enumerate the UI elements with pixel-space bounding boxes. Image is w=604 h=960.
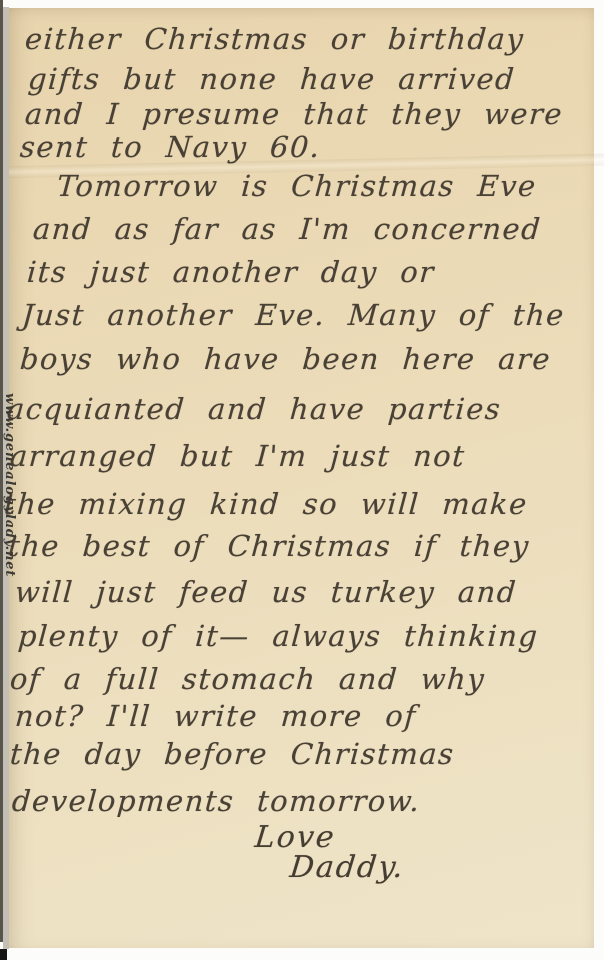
letter-line: boys who have been here are bbox=[19, 345, 552, 374]
letter-line: arranged but I'm just not bbox=[9, 442, 466, 471]
letter-line: will just feed us turkey and bbox=[14, 578, 518, 607]
letter-line: the day before Christmas bbox=[9, 740, 456, 769]
letter-line: of a full stomach and why bbox=[9, 665, 486, 694]
letter-line: plenty of it— always thinking bbox=[17, 622, 540, 651]
letter-signature: Daddy. bbox=[288, 850, 407, 885]
letter-line: gifts but none have arrived bbox=[27, 65, 516, 94]
letter-line: and as far as I'm concerned bbox=[32, 215, 542, 244]
letter-line: acquianted and have parties bbox=[6, 395, 502, 424]
letter-line: sent to Navy 60. bbox=[19, 133, 322, 162]
letter-line: not? I'll write more of bbox=[14, 702, 418, 731]
scanned-letter-page: either Christmas or birthday gifts but n… bbox=[0, 0, 604, 960]
scan-corner-artifact bbox=[0, 949, 7, 960]
letter-line: the best of Christmas if they bbox=[7, 532, 531, 561]
letter-line: and I presume that they were bbox=[24, 100, 564, 129]
letter-line: either Christmas or birthday bbox=[24, 25, 525, 54]
letter-line: the mixing kind so will make bbox=[3, 490, 529, 519]
letter-line: Just another Eve. Many of the bbox=[21, 301, 566, 330]
letter-body: either Christmas or birthday gifts but n… bbox=[0, 0, 604, 960]
watermark: www.genealogylady.net bbox=[2, 393, 17, 577]
letter-line: its just another day or bbox=[26, 258, 436, 287]
letter-line: Tomorrow is Christmas Eve bbox=[56, 172, 538, 201]
letter-line: developments tomorrow. bbox=[11, 787, 422, 816]
